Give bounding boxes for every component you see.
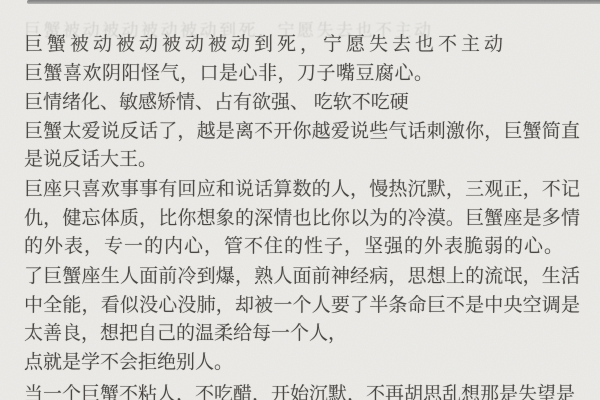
text-line-6: 巨座只喜欢事事有回应和说话算数的人，慢热沉默，三观正，不记 — [24, 179, 580, 200]
text-line-8: 的外表，专一的内心，管不住的性子，坚强的外表脆弱的心。 — [24, 236, 580, 257]
text-line-11: 太善良，想把自己的温柔给每一个人， — [24, 323, 580, 344]
document-page: 巨蟹被动被动被动被动到死，宁愿失去也不主动 巨蟹被动被动被动被动到死，宁愿失去也… — [0, 0, 600, 400]
text-line-3: 巨情绪化、敏感矫情、占有欲强、 吃软不吃硬 — [24, 92, 580, 113]
text-line-4: 巨蟹太爱说反话了，越是离不开你越爱说些气话刺激你，巨蟹简直 — [24, 121, 580, 142]
text-line-13: 当一个巨蟹不粘人，不吃醋，开始沉默，不再胡思乱想那是失望是 — [24, 384, 580, 400]
text-body: 巨蟹被动被动被动被动到死，宁愿失去也不主动巨蟹喜欢阴阳怪气，口是心非，刀子嘴豆腐… — [24, 0, 580, 400]
text-line-12: 点就是学不会拒绝别人。 — [24, 352, 580, 373]
text-line-10: 中全能，看似没心没肺，却被一个人要了半条命巨不是中央空调是 — [24, 295, 580, 316]
text-line-1: 巨蟹被动被动被动被动到死，宁愿失去也不主动 — [24, 34, 580, 55]
text-line-2: 巨蟹喜欢阴阳怪气，口是心非，刀子嘴豆腐心。 — [24, 63, 580, 84]
text-line-9: 了巨蟹座生人面前冷到爆，熟人面前神经病，思想上的流氓，生活 — [24, 266, 580, 287]
text-line-7: 仇，健忘体质，比你想象的深情也比你以为的冷漠。巨蟹座是多情 — [24, 208, 580, 229]
text-line-5: 是说反话大王。 — [24, 149, 580, 170]
